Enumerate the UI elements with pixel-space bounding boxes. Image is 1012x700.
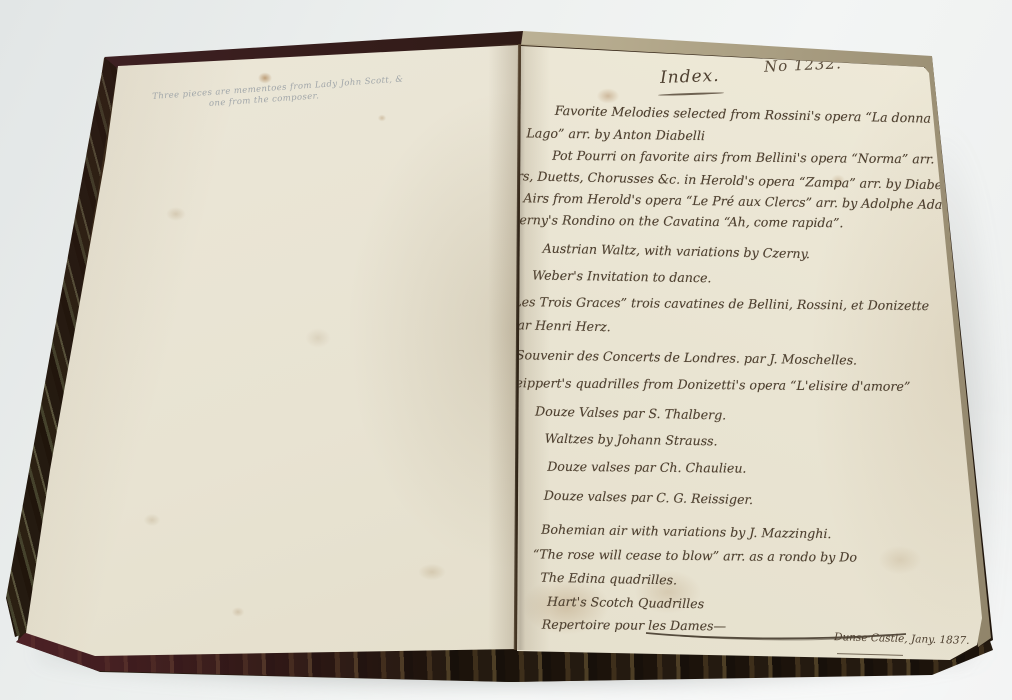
index-line: Douze valses par Ch. Chaulieu. [547, 456, 977, 481]
index-line: Douze Valses par S. Thalberg. [535, 401, 978, 431]
index-line: Souvenir des Concerts de Londres. par J.… [516, 344, 979, 372]
photo-scene: Three pieces are mementoes from Lady Joh… [0, 0, 1012, 700]
index-line: Pot Pourri on favorite airs from Bellini… [552, 145, 982, 170]
index-lines: Favorite Melodies selected from Rossini'… [497, 99, 983, 641]
index-heading: Index. [660, 66, 720, 88]
pencil-inscription: Three pieces are mementoes from Lady Joh… [152, 74, 404, 112]
index-heading-underline [658, 92, 724, 96]
index-line: Weber's Invitation to dance. [532, 264, 980, 292]
index-line: Czerny's Rondino on the Cavatina “Ah, co… [503, 209, 981, 235]
index-line: Austrian Waltz, with variations by Czern… [542, 238, 980, 268]
index-line: par Henri Herz. [509, 314, 979, 345]
index-line: “The rose will cease to blow” arr. as a … [533, 543, 976, 568]
index-line: Weippert's quadrilles from Donizetti's o… [503, 372, 978, 398]
index-line: “Les Trois Graces” trois cavatines de Be… [507, 291, 980, 317]
index-line: Douze valses par C. G. Reissiger. [544, 485, 977, 515]
index-line: Bohemian air with variations by J. Mazzi… [541, 519, 976, 547]
index-line: Waltzes by Johann Strauss. [545, 428, 978, 456]
signature-underline [837, 653, 903, 656]
